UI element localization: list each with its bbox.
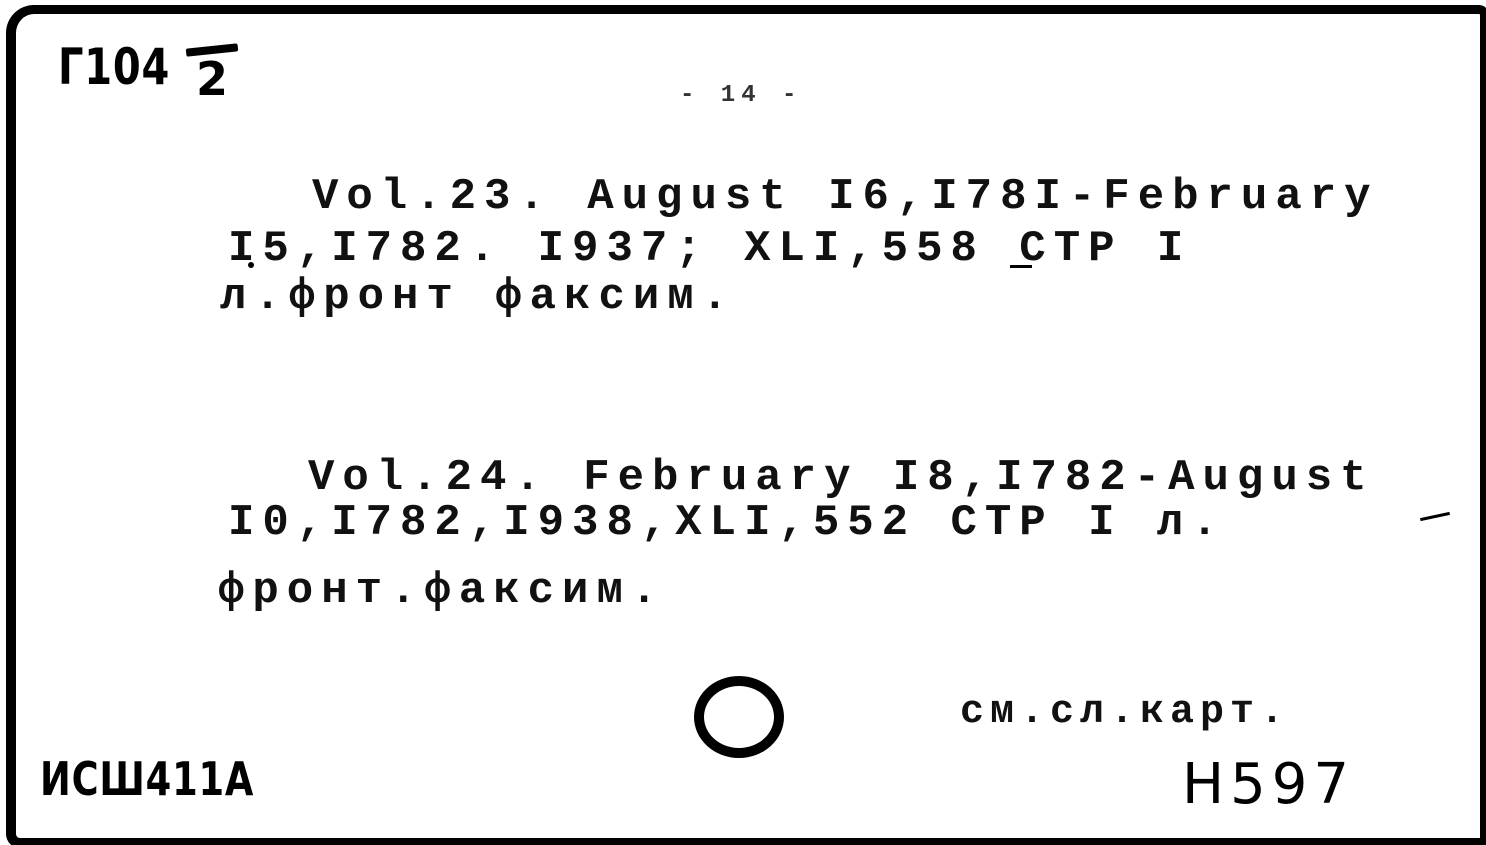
entry-1-line-2: I5,I782. I937; XLI,558 CTP I: [228, 224, 1191, 274]
see-next-card: см.сл.карт.: [960, 690, 1290, 735]
scan-speck: [248, 262, 254, 268]
scan-speck: [1010, 265, 1032, 268]
entry-1-line-3: л.фронт факсим.: [220, 272, 736, 322]
inventory-number: ИСШ411А: [40, 752, 254, 806]
call-number: Г104: [58, 38, 170, 96]
entry-2-line-1: Vol.24. February I8,I782-August: [308, 453, 1375, 503]
call-number-fraction: 2: [186, 46, 238, 102]
reference-number: Н597: [1182, 752, 1355, 817]
page-mark: - 14 -: [680, 82, 802, 109]
punch-hole-icon: [694, 676, 784, 758]
entry-1-line-1: Vol.23. August I6,I78I-February: [312, 172, 1379, 222]
call-number-denominator: 2: [186, 56, 238, 102]
entry-2-line-2: I0,I782,I938,XLI,552 CTP I л.: [228, 498, 1226, 548]
entry-2-line-3: фронт.факсим.: [218, 566, 665, 616]
